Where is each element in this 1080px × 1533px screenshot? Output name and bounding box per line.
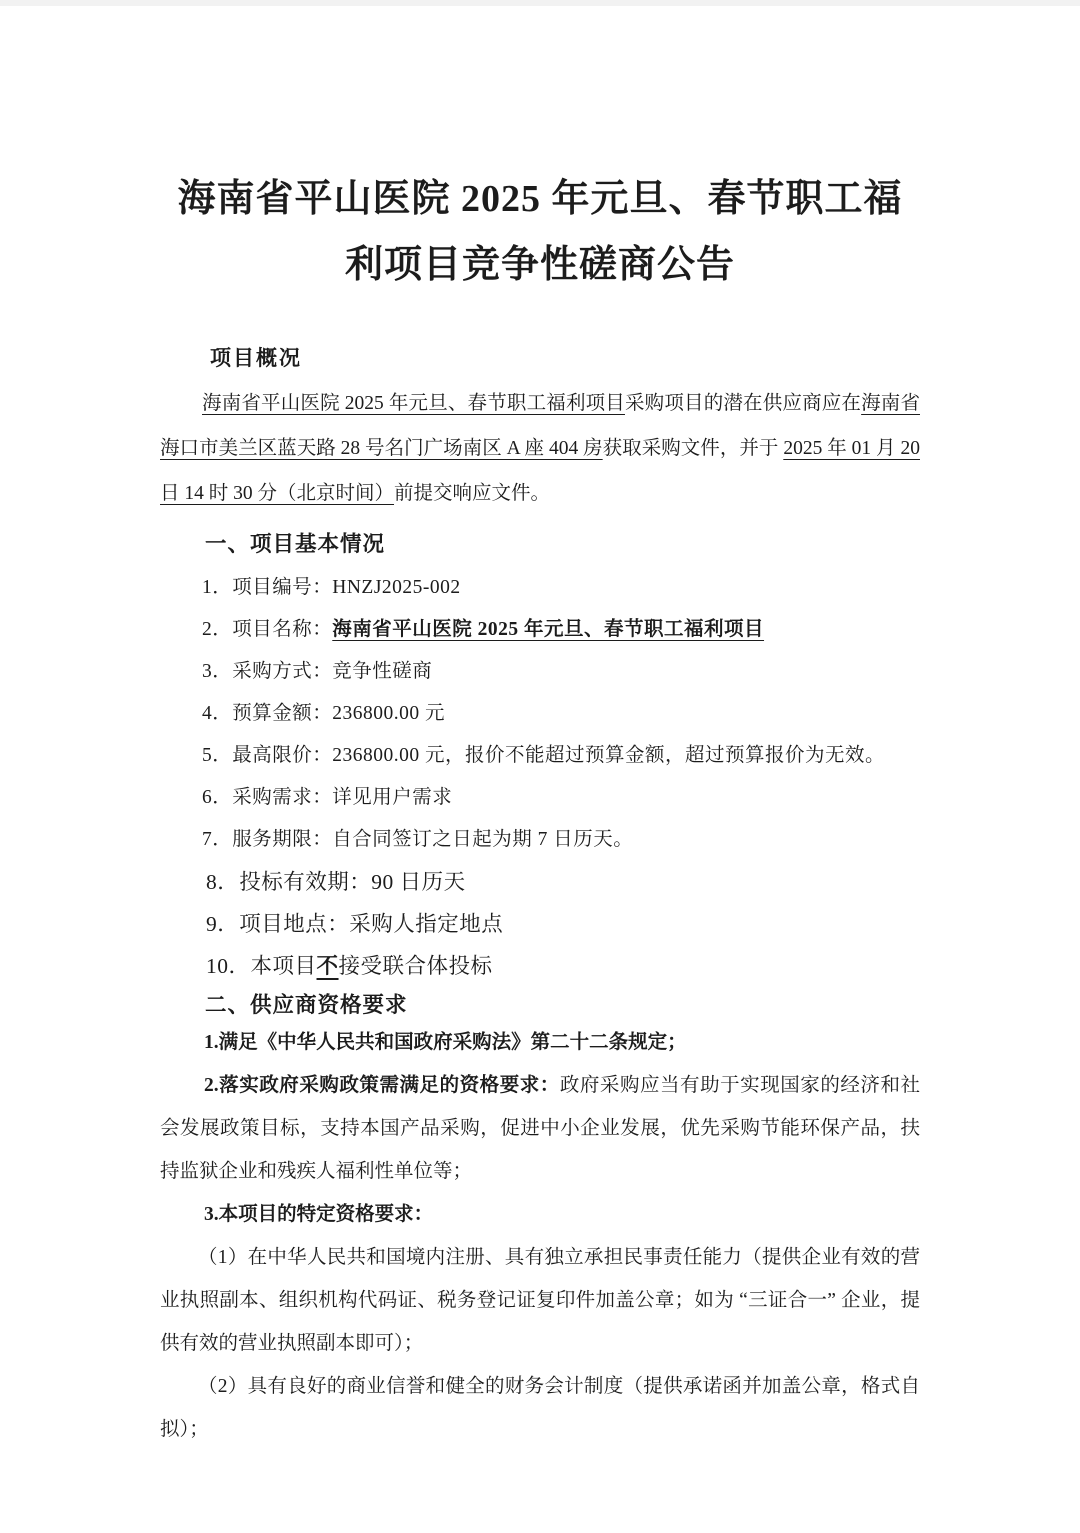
requirement-1: 1.满足《中华人民共和国政府采购法》第二十二条规定； xyxy=(160,1021,920,1064)
overview-text-2: 获取采购文件，并于 xyxy=(603,438,784,459)
requirement-3-item2: （2）具有良好的商业信誉和健全的财务会计制度（提供承诺函并加盖公章，格式自拟）； xyxy=(160,1365,920,1451)
list-item-project-number: 1．项目编号：HNZJ2025-002 xyxy=(202,567,920,609)
list-item-consortium: 10．本项目不接受联合体投标 xyxy=(206,945,920,987)
document-body: 海南省平山医院 2025 年元旦、春节职工福 利项目竞争性磋商公告 项目概况 海… xyxy=(0,166,1080,1451)
section1-list: 1．项目编号：HNZJ2025-002 2．项目名称：海南省平山医院 2025 … xyxy=(160,567,920,987)
section1-heading: 一、项目基本情况 xyxy=(205,528,920,560)
consortium-pre: 10．本项目 xyxy=(206,954,317,978)
requirement-3-heading: 3.本项目的特定资格要求： xyxy=(160,1193,920,1236)
page-top-strip xyxy=(0,0,1080,6)
list-item-budget: 4．预算金额：236800.00 元 xyxy=(202,693,920,735)
list-item-project-name: 2．项目名称：海南省平山医院 2025 年元旦、春节职工福利项目 xyxy=(202,609,920,651)
requirement-2-lead: 2.落实政府采购政策需满足的资格要求： xyxy=(204,1075,560,1096)
list-item-procurement-method: 3．采购方式：竞争性磋商 xyxy=(202,651,920,693)
document-title-line2: 利项目竞争性磋商公告 xyxy=(160,232,920,298)
document-title-line1: 海南省平山医院 2025 年元旦、春节职工福 xyxy=(160,166,920,232)
project-name-value: 海南省平山医院 2025 年元旦、春节职工福利项目 xyxy=(332,619,764,640)
requirement-2: 2.落实政府采购政策需满足的资格要求：政府采购应当有助于实现国家的经济和社会发展… xyxy=(160,1064,920,1193)
consortium-post: 接受联合体投标 xyxy=(339,954,493,978)
document-title: 海南省平山医院 2025 年元旦、春节职工福 利项目竞争性磋商公告 xyxy=(160,166,920,298)
project-name-label: 2．项目名称： xyxy=(202,619,332,640)
overview-text-1: 采购项目的潜在供应商应在 xyxy=(625,393,861,414)
overview-paragraph: 海南省平山医院 2025 年元旦、春节职工福利项目采购项目的潜在供应商应在海南省… xyxy=(160,381,920,516)
overview-text-3: 前提交响应文件。 xyxy=(394,483,550,504)
list-item-project-location: 9．项目地点：采购人指定地点 xyxy=(206,903,920,945)
list-item-service-period: 7．服务期限：自合同签订之日起为期 7 日历天。 xyxy=(202,819,920,861)
section2-heading: 二、供应商资格要求 xyxy=(205,989,920,1021)
consortium-not: 不 xyxy=(317,954,339,978)
overview-heading: 项目概况 xyxy=(210,344,920,372)
requirement-3-item1: （1）在中华人民共和国境内注册、具有独立承担民事责任能力（提供企业有效的营业执照… xyxy=(160,1236,920,1365)
list-item-requirements: 6．采购需求：详见用户需求 xyxy=(202,777,920,819)
list-item-price-ceiling: 5．最高限价：236800.00 元，报价不能超过预算金额，超过预算报价为无效。 xyxy=(202,735,920,777)
overview-project-name: 海南省平山医院 2025 年元旦、春节职工福利项目 xyxy=(202,393,625,414)
list-item-bid-validity: 8．投标有效期：90 日历天 xyxy=(206,861,920,903)
document-page: 海南省平山医院 2025 年元旦、春节职工福 利项目竞争性磋商公告 项目概况 海… xyxy=(0,0,1080,1533)
